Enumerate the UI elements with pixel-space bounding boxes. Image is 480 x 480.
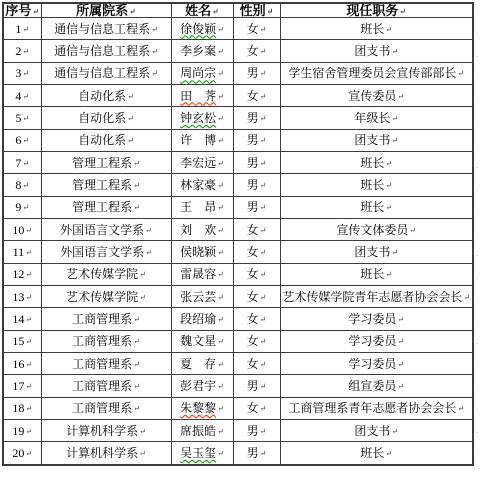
row-end-marks: ····················· <box>474 2 480 466</box>
cell-end-marker: ↵ <box>25 427 32 436</box>
table-row: 7↵ 管理工程系↵ 李宏远↵ 男↵ 班长↵ <box>3 151 473 173</box>
cell-position: 学生宿舍管理委员会宣传部部长↵ <box>280 62 473 84</box>
cell-index: 9↵ <box>3 196 41 218</box>
cell-index: 15↵ <box>3 330 41 352</box>
gender-value: 男 <box>247 112 259 124</box>
department-value: 工商管理系 <box>72 402 132 414</box>
name-value: 王 昂 <box>180 201 216 213</box>
cell-name: 席振皓↵ <box>171 419 233 441</box>
name-value: 朱黎黎 <box>180 402 216 414</box>
cell-department: 工商管理系↵ <box>41 330 171 352</box>
roster-table: 序号↵ 所属院系↵ 姓名↵ 性别↵ 现任职务↵ 1↵ 通信与信息工程系↵ 徐俊颖… <box>2 2 474 466</box>
index-value: 20 <box>12 447 24 459</box>
index-value: 13 <box>12 291 24 303</box>
cell-gender: 男↵ <box>233 129 280 151</box>
cell-gender: 男↵ <box>233 419 280 441</box>
cell-index: 5↵ <box>3 107 41 129</box>
gender-value: 男 <box>247 380 259 392</box>
cell-name: 段绍瑜↵ <box>171 308 233 330</box>
gender-value: 女 <box>247 90 259 102</box>
name-value: 彭君宇 <box>180 380 216 392</box>
cell-department: 工商管理系↵ <box>41 397 171 419</box>
row-end-mark: · <box>474 333 480 355</box>
cell-end-marker: ↵ <box>391 114 398 123</box>
position-value: 宣传文体委员 <box>336 224 408 236</box>
gender-value: 女 <box>247 268 259 280</box>
name-value: 李乡案 <box>180 45 216 57</box>
header-label-name: 姓名 <box>185 4 211 17</box>
index-value: 16 <box>12 358 24 370</box>
name-value: 雷晟容 <box>180 268 216 280</box>
cell-end-marker: ↵ <box>399 7 406 16</box>
cell-end-marker: ↵ <box>32 7 39 16</box>
cell-end-marker: ↵ <box>22 69 29 78</box>
department-value: 艺术传媒学院 <box>66 268 138 280</box>
cell-department: 自动化系↵ <box>41 84 171 106</box>
cell-index: 2↵ <box>3 40 41 62</box>
cell-gender: 男↵ <box>233 107 280 129</box>
cell-index: 20↵ <box>3 442 41 465</box>
column-header-department: 所属院系↵ <box>41 3 171 18</box>
cell-position: 班长↵ <box>280 263 473 285</box>
cell-gender: 女↵ <box>233 18 280 40</box>
cell-gender: 女↵ <box>233 285 280 307</box>
cell-end-marker: ↵ <box>22 25 29 34</box>
cell-name: 张云芸↵ <box>171 285 233 307</box>
name-value: 张云芸 <box>180 291 216 303</box>
cell-end-marker: ↵ <box>260 404 267 413</box>
department-value: 艺术传媒学院 <box>66 291 138 303</box>
cell-department: 自动化系↵ <box>41 107 171 129</box>
department-value: 计算机科学系 <box>66 447 138 459</box>
cell-end-marker: ↵ <box>151 69 158 78</box>
cell-end-marker: ↵ <box>133 159 140 168</box>
cell-end-marker: ↵ <box>22 47 29 56</box>
cell-name: 刘 欢↵ <box>171 218 233 240</box>
cell-end-marker: ↵ <box>217 293 224 302</box>
cell-end-marker: ↵ <box>25 449 32 458</box>
cell-department: 计算机科学系↵ <box>41 442 171 465</box>
cell-name: 王 昂↵ <box>171 196 233 218</box>
cell-end-marker: ↵ <box>25 315 32 324</box>
gender-value: 女 <box>247 402 259 414</box>
cell-end-marker: ↵ <box>22 181 29 190</box>
row-end-mark: · <box>474 245 480 267</box>
row-end-mark: · <box>474 24 480 46</box>
cell-position: 年级长↵ <box>280 107 473 129</box>
table-row: 13↵ 艺术传媒学院↵ 张云芸↵ 女↵ 艺术传媒学院青年志愿者协会会长↵ <box>3 285 473 307</box>
cell-gender: 女↵ <box>233 352 280 374</box>
position-value: 班长 <box>360 179 384 191</box>
name-value: 吴玉玺 <box>180 447 216 459</box>
table-row: 17↵ 工商管理系↵ 彭君宇↵ 男↵ 组宣委员↵ <box>3 375 473 397</box>
cell-position: 班长↵ <box>280 174 473 196</box>
cell-end-marker: ↵ <box>385 449 392 458</box>
cell-end-marker: ↵ <box>260 69 267 78</box>
department-value: 管理工程系 <box>72 201 132 213</box>
index-value: 7 <box>15 157 21 169</box>
table-row: 15↵ 工商管理系↵ 魏文星↵ 女↵ 学习委员↵ <box>3 330 473 352</box>
department-value: 工商管理系 <box>72 358 132 370</box>
row-end-mark: · <box>474 444 480 466</box>
cell-department: 管理工程系↵ <box>41 151 171 173</box>
cell-index: 3↵ <box>3 62 41 84</box>
cell-end-marker: ↵ <box>391 427 398 436</box>
gender-value: 男 <box>247 425 259 437</box>
row-end-mark: · <box>474 311 480 333</box>
table-row: 1↵ 通信与信息工程系↵ 徐俊颖↵ 女↵ 班长↵ <box>3 18 473 40</box>
cell-gender: 女↵ <box>233 330 280 352</box>
table-row: 12↵ 艺术传媒学院↵ 雷晟容↵ 女↵ 班长↵ <box>3 263 473 285</box>
gender-value: 女 <box>247 358 259 370</box>
gender-value: 女 <box>247 246 259 258</box>
index-value: 11 <box>13 246 25 258</box>
header-row: 序号↵ 所属院系↵ 姓名↵ 性别↵ 现任职务↵ <box>3 3 473 18</box>
header-label-index: 序号 <box>5 4 31 17</box>
header-label-gender: 性别 <box>240 4 266 17</box>
cell-name: 李乡案↵ <box>171 40 233 62</box>
cell-position: 团支书↵ <box>280 129 473 151</box>
cell-end-marker: ↵ <box>25 226 32 235</box>
cell-end-marker: ↵ <box>260 337 267 346</box>
cell-end-marker: ↵ <box>260 270 267 279</box>
cell-end-marker: ↵ <box>127 136 134 145</box>
cell-name: 吴玉玺↵ <box>171 442 233 465</box>
row-end-mark: · <box>474 135 480 157</box>
department-value: 外国语言文学系 <box>60 246 144 258</box>
cell-position: 宣传文体委员↵ <box>280 218 473 240</box>
cell-end-marker: ↵ <box>133 360 140 369</box>
department-value: 管理工程系 <box>72 179 132 191</box>
cell-end-marker: ↵ <box>217 360 224 369</box>
cell-index: 6↵ <box>3 129 41 151</box>
cell-name: 魏文星↵ <box>171 330 233 352</box>
cell-end-marker: ↵ <box>127 92 134 101</box>
gender-value: 女 <box>247 291 259 303</box>
index-value: 17 <box>12 380 24 392</box>
row-end-mark: · <box>474 2 480 24</box>
cell-gender: 男↵ <box>233 442 280 465</box>
position-value: 班长 <box>360 447 384 459</box>
row-end-mark: · <box>474 68 480 90</box>
cell-index: 14↵ <box>3 308 41 330</box>
cell-end-marker: ↵ <box>139 427 146 436</box>
cell-gender: 男↵ <box>233 174 280 196</box>
row-end-mark: · <box>474 201 480 223</box>
cell-end-marker: ↵ <box>260 360 267 369</box>
table-row: 4↵ 自动化系↵ 田 荠↵ 女↵ 宣传委员↵ <box>3 84 473 106</box>
name-value: 周尚宗 <box>180 67 216 79</box>
cell-position: 学习委员↵ <box>280 352 473 374</box>
row-end-mark: · <box>474 289 480 311</box>
cell-end-marker: ↵ <box>22 203 29 212</box>
index-value: 19 <box>12 425 24 437</box>
cell-end-marker: ↵ <box>457 69 464 78</box>
cell-name: 雷晟容↵ <box>171 263 233 285</box>
cell-end-marker: ↵ <box>391 47 398 56</box>
name-value: 钟玄松 <box>180 112 216 124</box>
cell-position: 艺术传媒学院青年志愿者协会会长↵ <box>280 285 473 307</box>
table-row: 8↵ 管理工程系↵ 林家豪↵ 男↵ 班长↵ <box>3 174 473 196</box>
department-value: 自动化系 <box>78 90 126 102</box>
cell-end-marker: ↵ <box>267 7 274 16</box>
cell-end-marker: ↵ <box>391 136 398 145</box>
cell-end-marker: ↵ <box>217 25 224 34</box>
cell-end-marker: ↵ <box>217 382 224 391</box>
index-value: 15 <box>12 335 24 347</box>
position-value: 工商管理系青年志愿者协会会长 <box>288 402 456 414</box>
cell-end-marker: ↵ <box>397 92 404 101</box>
cell-name: 夏 存↵ <box>171 352 233 374</box>
row-end-mark: · <box>474 267 480 289</box>
cell-end-marker: ↵ <box>25 337 32 346</box>
cell-end-marker: ↵ <box>260 92 267 101</box>
cell-name: 田 荠↵ <box>171 84 233 106</box>
row-end-mark: · <box>474 157 480 179</box>
name-value: 段绍瑜 <box>180 313 216 325</box>
cell-end-marker: ↵ <box>151 25 158 34</box>
cell-gender: 女↵ <box>233 40 280 62</box>
cell-end-marker: ↵ <box>457 404 464 413</box>
table-header: 序号↵ 所属院系↵ 姓名↵ 性别↵ 现任职务↵ <box>3 3 473 18</box>
header-label-position: 现任职务 <box>346 4 398 17</box>
table-row: 14↵ 工商管理系↵ 段绍瑜↵ 女↵ 学习委员↵ <box>3 308 473 330</box>
position-value: 艺术传媒学院青年志愿者协会会长 <box>282 291 462 303</box>
cell-index: 1↵ <box>3 18 41 40</box>
cell-end-marker: ↵ <box>385 203 392 212</box>
cell-index: 16↵ <box>3 352 41 374</box>
gender-value: 男 <box>247 67 259 79</box>
cell-gender: 男↵ <box>233 375 280 397</box>
column-header-index: 序号↵ <box>3 3 41 18</box>
cell-end-marker: ↵ <box>129 7 136 16</box>
cell-position: 学习委员↵ <box>280 330 473 352</box>
cell-index: 7↵ <box>3 151 41 173</box>
row-end-mark: · <box>474 223 480 245</box>
position-value: 学习委员 <box>348 313 396 325</box>
cell-end-marker: ↵ <box>409 226 416 235</box>
table-row: 9↵ 管理工程系↵ 王 昂↵ 男↵ 班长↵ <box>3 196 473 218</box>
cell-department: 通信与信息工程系↵ <box>41 62 171 84</box>
cell-index: 19↵ <box>3 419 41 441</box>
row-end-mark: · <box>474 46 480 68</box>
gender-value: 女 <box>247 335 259 347</box>
cell-end-marker: ↵ <box>217 136 224 145</box>
department-value: 计算机科学系 <box>66 425 138 437</box>
position-value: 学习委员 <box>348 335 396 347</box>
index-value: 6 <box>15 134 21 146</box>
cell-end-marker: ↵ <box>260 382 267 391</box>
name-value: 夏 存 <box>180 358 216 370</box>
cell-name: 朱黎黎↵ <box>171 397 233 419</box>
name-value: 徐俊颖 <box>180 23 216 35</box>
cell-end-marker: ↵ <box>22 114 29 123</box>
index-value: 5 <box>15 112 21 124</box>
cell-end-marker: ↵ <box>260 136 267 145</box>
index-value: 18 <box>12 402 24 414</box>
gender-value: 女 <box>247 23 259 35</box>
cell-end-marker: ↵ <box>217 114 224 123</box>
cell-end-marker: ↵ <box>22 159 29 168</box>
cell-end-marker: ↵ <box>260 114 267 123</box>
cell-position: 组宣委员↵ <box>280 375 473 397</box>
cell-department: 工商管理系↵ <box>41 308 171 330</box>
name-value: 侯晓颖 <box>180 246 216 258</box>
cell-end-marker: ↵ <box>217 69 224 78</box>
cell-end-marker: ↵ <box>217 337 224 346</box>
cell-end-marker: ↵ <box>133 337 140 346</box>
cell-end-marker: ↵ <box>217 404 224 413</box>
cell-department: 管理工程系↵ <box>41 196 171 218</box>
cell-end-marker: ↵ <box>133 203 140 212</box>
department-value: 管理工程系 <box>72 157 132 169</box>
cell-end-marker: ↵ <box>391 248 398 257</box>
row-end-mark: · <box>474 378 480 400</box>
cell-position: 班长↵ <box>280 196 473 218</box>
cell-department: 外国语言文学系↵ <box>41 241 171 263</box>
gender-value: 男 <box>247 179 259 191</box>
position-value: 组宣委员 <box>348 380 396 392</box>
department-value: 工商管理系 <box>72 335 132 347</box>
index-value: 4 <box>15 90 21 102</box>
cell-name: 钟玄松↵ <box>171 107 233 129</box>
cell-index: 11↵ <box>3 241 41 263</box>
cell-gender: 男↵ <box>233 151 280 173</box>
cell-end-marker: ↵ <box>260 181 267 190</box>
table-row: 10↵ 外国语言文学系↵ 刘 欢↵ 女↵ 宣传文体委员↵ <box>3 218 473 240</box>
cell-department: 艺术传媒学院↵ <box>41 263 171 285</box>
cell-end-marker: ↵ <box>260 47 267 56</box>
header-label-department: 所属院系 <box>76 4 128 17</box>
index-value: 1 <box>15 23 21 35</box>
cell-end-marker: ↵ <box>25 382 32 391</box>
cell-name: 徐俊颖↵ <box>171 18 233 40</box>
cell-name: 许 博↵ <box>171 129 233 151</box>
table-row: 18↵ 工商管理系↵ 朱黎黎↵ 女↵ 工商管理系青年志愿者协会会长↵ <box>3 397 473 419</box>
gender-value: 男 <box>247 134 259 146</box>
cell-end-marker: ↵ <box>133 315 140 324</box>
cell-end-marker: ↵ <box>25 360 32 369</box>
table-row: 6↵ 自动化系↵ 许 博↵ 男↵ 团支书↵ <box>3 129 473 151</box>
index-value: 8 <box>15 179 21 191</box>
department-value: 工商管理系 <box>72 313 132 325</box>
name-value: 席振皓 <box>180 425 216 437</box>
department-value: 通信与信息工程系 <box>54 67 150 79</box>
name-value: 刘 欢 <box>180 224 216 236</box>
cell-end-marker: ↵ <box>217 181 224 190</box>
cell-end-marker: ↵ <box>22 92 29 101</box>
position-value: 班长 <box>360 157 384 169</box>
cell-gender: 女↵ <box>233 218 280 240</box>
cell-name: 彭君宇↵ <box>171 375 233 397</box>
cell-department: 通信与信息工程系↵ <box>41 40 171 62</box>
position-value: 年级长 <box>354 112 390 124</box>
cell-index: 18↵ <box>3 397 41 419</box>
cell-department: 艺术传媒学院↵ <box>41 285 171 307</box>
department-value: 自动化系 <box>78 134 126 146</box>
cell-end-marker: ↵ <box>397 337 404 346</box>
table-row: 19↵ 计算机科学系↵ 席振皓↵ 男↵ 团支书↵ <box>3 419 473 441</box>
cell-position: 班长↵ <box>280 18 473 40</box>
cell-index: 17↵ <box>3 375 41 397</box>
index-value: 12 <box>12 268 24 280</box>
cell-end-marker: ↵ <box>217 270 224 279</box>
cell-position: 团支书↵ <box>280 419 473 441</box>
name-value: 魏文星 <box>180 335 216 347</box>
cell-end-marker: ↵ <box>397 360 404 369</box>
row-end-mark: · <box>474 112 480 134</box>
cell-end-marker: ↵ <box>217 203 224 212</box>
cell-end-marker: ↵ <box>139 449 146 458</box>
row-end-mark: · <box>474 422 480 444</box>
cell-end-marker: ↵ <box>217 449 224 458</box>
cell-end-marker: ↵ <box>133 181 140 190</box>
cell-name: 周尚宗↵ <box>171 62 233 84</box>
position-value: 团支书 <box>354 134 390 146</box>
index-value: 2 <box>15 45 21 57</box>
name-value: 田 荠 <box>180 90 216 102</box>
index-value: 3 <box>15 67 21 79</box>
table-row: 3↵ 通信与信息工程系↵ 周尚宗↵ 男↵ 学生宿舍管理委员会宣传部部长↵ <box>3 62 473 84</box>
cell-position: 学习委员↵ <box>280 308 473 330</box>
cell-end-marker: ↵ <box>25 404 32 413</box>
cell-name: 侯晓颖↵ <box>171 241 233 263</box>
cell-end-marker: ↵ <box>25 293 32 302</box>
position-value: 班长 <box>360 201 384 213</box>
cell-position: 宣传委员↵ <box>280 84 473 106</box>
index-value: 9 <box>15 201 21 213</box>
cell-end-marker: ↵ <box>217 427 224 436</box>
cell-department: 工商管理系↵ <box>41 352 171 374</box>
row-end-mark: · <box>474 356 480 378</box>
cell-end-marker: ↵ <box>217 92 224 101</box>
cell-end-marker: ↵ <box>217 159 224 168</box>
cell-gender: 男↵ <box>233 196 280 218</box>
cell-end-marker: ↵ <box>145 226 152 235</box>
cell-end-marker: ↵ <box>217 315 224 324</box>
cell-end-marker: ↵ <box>22 136 29 145</box>
position-value: 班长 <box>360 23 384 35</box>
column-header-gender: 性别↵ <box>233 3 280 18</box>
position-value: 团支书 <box>354 246 390 258</box>
cell-gender: 女↵ <box>233 263 280 285</box>
cell-gender: 女↵ <box>233 397 280 419</box>
cell-end-marker: ↵ <box>217 226 224 235</box>
position-value: 班长 <box>360 268 384 280</box>
department-value: 外国语言文学系 <box>60 224 144 236</box>
cell-end-marker: ↵ <box>385 181 392 190</box>
cell-gender: 女↵ <box>233 241 280 263</box>
cell-end-marker: ↵ <box>260 293 267 302</box>
column-header-name: 姓名↵ <box>171 3 233 18</box>
cell-gender: 男↵ <box>233 62 280 84</box>
cell-end-marker: ↵ <box>385 270 392 279</box>
cell-department: 自动化系↵ <box>41 129 171 151</box>
cell-position: 班长↵ <box>280 151 473 173</box>
cell-department: 管理工程系↵ <box>41 174 171 196</box>
cell-end-marker: ↵ <box>25 270 32 279</box>
column-header-position: 现任职务↵ <box>280 3 473 18</box>
cell-end-marker: ↵ <box>260 427 267 436</box>
cell-index: 12↵ <box>3 263 41 285</box>
cell-name: 林家豪↵ <box>171 174 233 196</box>
table-row: 2↵ 通信与信息工程系↵ 李乡案↵ 女↵ 团支书↵ <box>3 40 473 62</box>
cell-position: 团支书↵ <box>280 40 473 62</box>
position-value: 宣传委员 <box>348 90 396 102</box>
gender-value: 男 <box>247 201 259 213</box>
row-end-mark: · <box>474 90 480 112</box>
position-value: 团支书 <box>354 45 390 57</box>
